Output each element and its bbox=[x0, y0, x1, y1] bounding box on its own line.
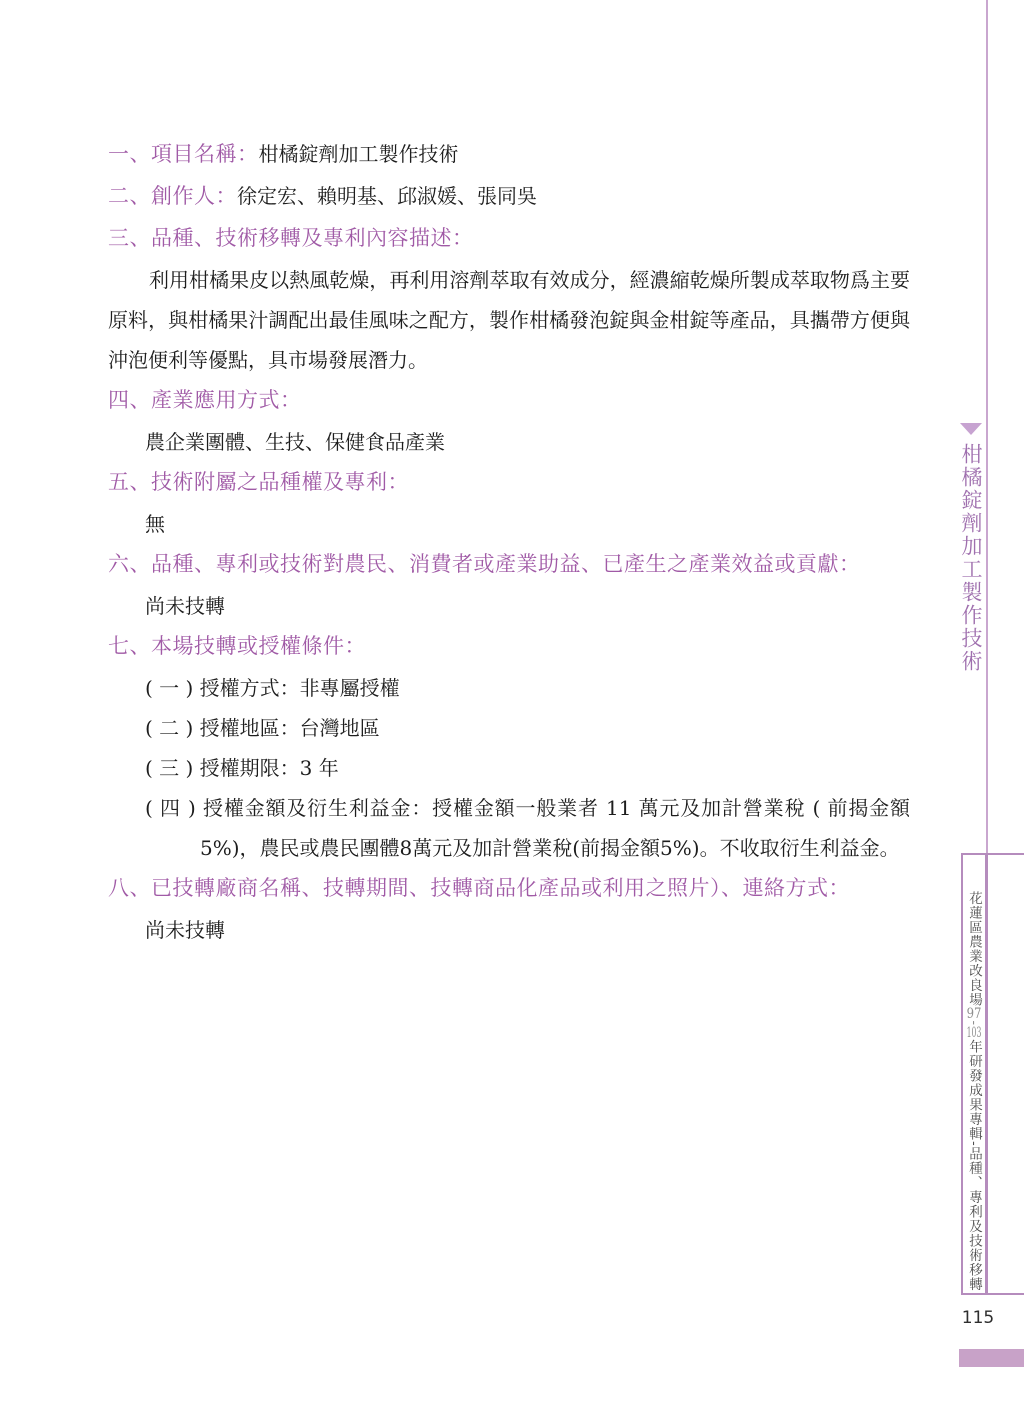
series-year-to: 103 bbox=[966, 1026, 982, 1040]
section-6-body: 尚未技轉 bbox=[108, 586, 910, 626]
section-3-paragraph: 利用柑橘果皮以熱風乾燥，再利用溶劑萃取有效成分，經濃縮乾燥所製成萃取物爲主要原料… bbox=[108, 260, 910, 380]
section-2-value: 徐定宏、賴明基、邱淑媛、張同吳 bbox=[237, 184, 537, 208]
sidebar-series-box: 花蓮區農業改良場97-103年研發成果專輯-品種、專利及技術移轉 bbox=[961, 853, 987, 1295]
section-6-title: 品種、專利或技術對農民、消費者或產業助益、已產生之產業效益或貢獻： bbox=[151, 552, 861, 576]
section-7-title: 本場技轉或授權條件： bbox=[151, 634, 366, 658]
section-3-heading: 三、品種、技術移轉及專利內容描述： bbox=[108, 218, 910, 260]
triangle-down-icon bbox=[960, 423, 982, 435]
sidebar-vertical-rule bbox=[986, 0, 988, 853]
section-4-body: 農企業團體、生技、保健食品產業 bbox=[108, 422, 910, 462]
section-5-title: 技術附屬之品種權及專利： bbox=[151, 470, 409, 494]
section-5-number: 五、 bbox=[108, 470, 151, 494]
section-6-heading: 六、品種、專利或技術對農民、消費者或產業助益、已產生之產業效益或貢獻： bbox=[108, 544, 910, 586]
section-4-number: 四、 bbox=[108, 388, 151, 412]
section-2-heading: 二、創作人：徐定宏、賴明基、邱淑媛、張同吳 bbox=[108, 176, 910, 218]
sidebar-chapter-title: 柑橘錠劑加工製作技術 bbox=[956, 443, 986, 673]
series-title-part2: 年研發成果專輯-品種、專利及技術移轉 bbox=[966, 1040, 982, 1292]
section-4-heading: 四、產業應用方式： bbox=[108, 380, 910, 422]
section-7-subitem-3: ( 三 ) 授權期限：3 年 bbox=[108, 748, 910, 788]
sidebar-series-title: 花蓮區農業改良場97-103年研發成果專輯-品種、專利及技術移轉 bbox=[963, 891, 985, 1292]
section-2-number: 二、 bbox=[108, 184, 151, 208]
section-7-heading: 七、本場技轉或授權條件： bbox=[108, 626, 910, 668]
section-2-title: 創作人： bbox=[151, 184, 237, 208]
section-1-number: 一、 bbox=[108, 142, 151, 166]
section-1-title: 項目名稱： bbox=[151, 142, 259, 166]
section-8-heading: 八、已技轉廠商名稱、技轉期間、技轉商品化產品或利用之照片）、連絡方式： bbox=[108, 868, 910, 910]
section-5-body: 無 bbox=[108, 504, 910, 544]
section-8-number: 八、 bbox=[108, 876, 151, 900]
series-year-from: 97 bbox=[966, 1007, 982, 1021]
section-8-body: 尚未技轉 bbox=[108, 910, 910, 950]
section-7-number: 七、 bbox=[108, 634, 151, 658]
series-title-part1: 花蓮區農業改良場 bbox=[966, 891, 982, 1007]
section-4-title: 產業應用方式： bbox=[151, 388, 302, 412]
section-7-subitem-1: ( 一 ) 授權方式：非專屬授權 bbox=[108, 668, 910, 708]
section-7-subitem-2: ( 二 ) 授權地區：台灣地區 bbox=[108, 708, 910, 748]
section-7-subitem-4: ( 四 ) 授權金額及衍生利益金：授權金額一般業者 11 萬元及加計營業稅 ( … bbox=[108, 788, 910, 868]
section-3-number: 三、 bbox=[108, 226, 151, 250]
section-8-title: 已技轉廠商名稱、技轉期間、技轉商品化產品或利用之照片）、連絡方式： bbox=[151, 876, 850, 900]
page-number: 115 bbox=[954, 1308, 1002, 1328]
section-6-number: 六、 bbox=[108, 552, 151, 576]
main-content: 一、項目名稱：柑橘錠劑加工製作技術 二、創作人：徐定宏、賴明基、邱淑媛、張同吳 … bbox=[108, 134, 910, 950]
section-5-heading: 五、技術附屬之品種權及專利： bbox=[108, 462, 910, 504]
section-1-value: 柑橘錠劑加工製作技術 bbox=[259, 142, 459, 166]
section-1-heading: 一、項目名稱：柑橘錠劑加工製作技術 bbox=[108, 134, 910, 176]
sidebar-empty-box bbox=[986, 853, 1024, 1295]
bottom-corner-tab bbox=[959, 1349, 1024, 1367]
section-3-title: 品種、技術移轉及專利內容描述： bbox=[151, 226, 474, 250]
